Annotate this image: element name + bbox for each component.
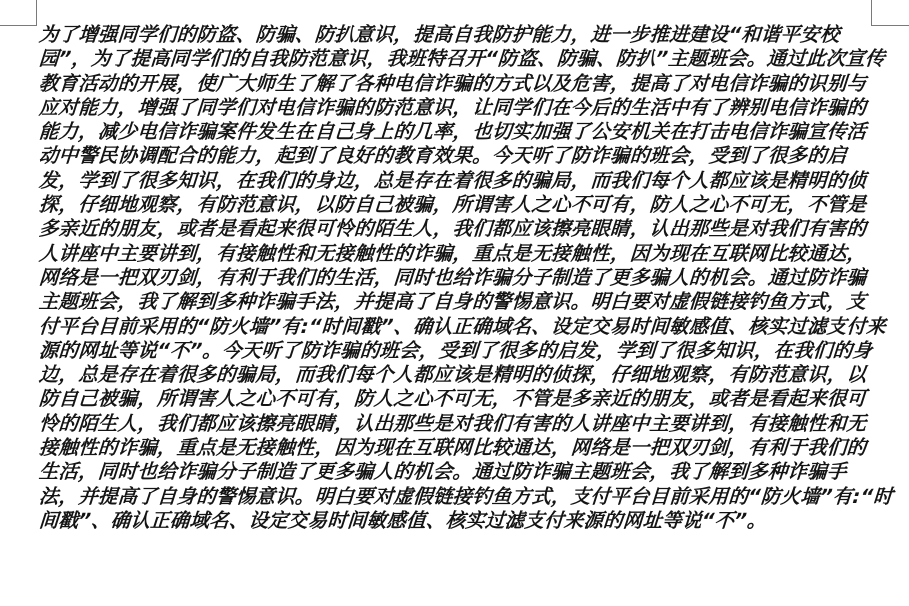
text-line: 源的网址等说“不”。今天听了防诈骗的班会，受到了很多的启发，学到了很多知识，在我… [38, 339, 876, 363]
text-line: 怜的陌生人，我们都应该擦亮眼睛，认出那些是对我们有害的人讲座中主要讲到，有接触性… [38, 412, 876, 436]
text-line: 人讲座中主要讲到，有接触性和无接触性的诈骗，重点是无接触性，因为现在互联网比较通… [38, 242, 876, 266]
text-line: 发，学到了很多知识，在我们的身边，总是存在着很多的骗局，而我们每个人都应该是精明… [38, 169, 876, 193]
text-line: 间戳”、确认正确域名、设定交易时间敏感值、核实过滤支付来源的网址等说“不”。 [38, 509, 876, 533]
text-line: 园”，为了提高同学们的自我防范意识，我班特召开“防盗、防骗、防扒”主题班会。通过… [38, 47, 876, 71]
text-line: 接触性的诈骗，重点是无接触性，因为现在互联网比较通达，网络是一把双刃剑，有利于我… [38, 436, 876, 460]
text-line: 应对能力，增强了同学们对电信诈骗的防范意识，让同学们在今后的生活中有了辨别电信诈… [38, 96, 876, 120]
text-line: 为了增强同学们的防盗、防骗、防扒意识，提高自我防护能力，进一步推进建设“和谐平安… [38, 23, 876, 47]
text-line: 探，仔细地观察，有防范意识，以防自己被骗，所谓害人之心不可有，防人之心不可无，不… [38, 193, 876, 217]
text-line: 网络是一把双刃剑，有利于我们的生活，同时也给诈骗分子制造了更多骗人的机会。通过防… [38, 266, 876, 290]
text-line: 法，并提高了自身的警惕意识。明白要对虚假链接钓鱼方式，支付平台目前采用的“防火墙… [38, 485, 876, 509]
crop-mark-top-right [871, 0, 909, 26]
text-line: 防自己被骗，所谓害人之心不可有，防人之心不可无，不管是多亲近的朋友，或者是看起来… [38, 387, 876, 411]
text-line: 主题班会，我了解到多种诈骗手法，并提高了自身的警惕意识。明白要对虚假链接钓鱼方式… [38, 290, 876, 314]
text-line: 付平台目前采用的“防火墙”有:“时间戳”、确认正确域名、设定交易时间敏感值、核实… [38, 315, 876, 339]
text-line: 教育活动的开展，使广大师生了解了各种电信诈骗的方式以及危害，提高了对电信诈骗的识… [38, 72, 876, 96]
text-line: 能力，减少电信诈骗案件发生在自己身上的几率，也切实加强了公安机关在打击电信诈骗宣… [38, 120, 876, 144]
text-line: 生活，同时也给诈骗分子制造了更多骗人的机会。通过防诈骗主题班会，我了解到多种诈骗… [38, 460, 876, 484]
text-line: 边，总是存在着很多的骗局，而我们每个人都应该是精明的侦探，仔细地观察，有防范意识… [38, 363, 876, 387]
text-line: 多亲近的朋友，或者是看起来很可怜的陌生人，我们都应该擦亮眼睛，认出那些是对我们有… [38, 217, 876, 241]
document-paragraph: 为了增强同学们的防盗、防骗、防扒意识，提高自我防护能力，进一步推进建设“和谐平安… [38, 23, 874, 533]
text-line: 动中警民协调配合的能力，起到了良好的教育效果。今天听了防诈骗的班会，受到了很多的… [38, 144, 876, 168]
crop-mark-top-left [0, 0, 37, 26]
